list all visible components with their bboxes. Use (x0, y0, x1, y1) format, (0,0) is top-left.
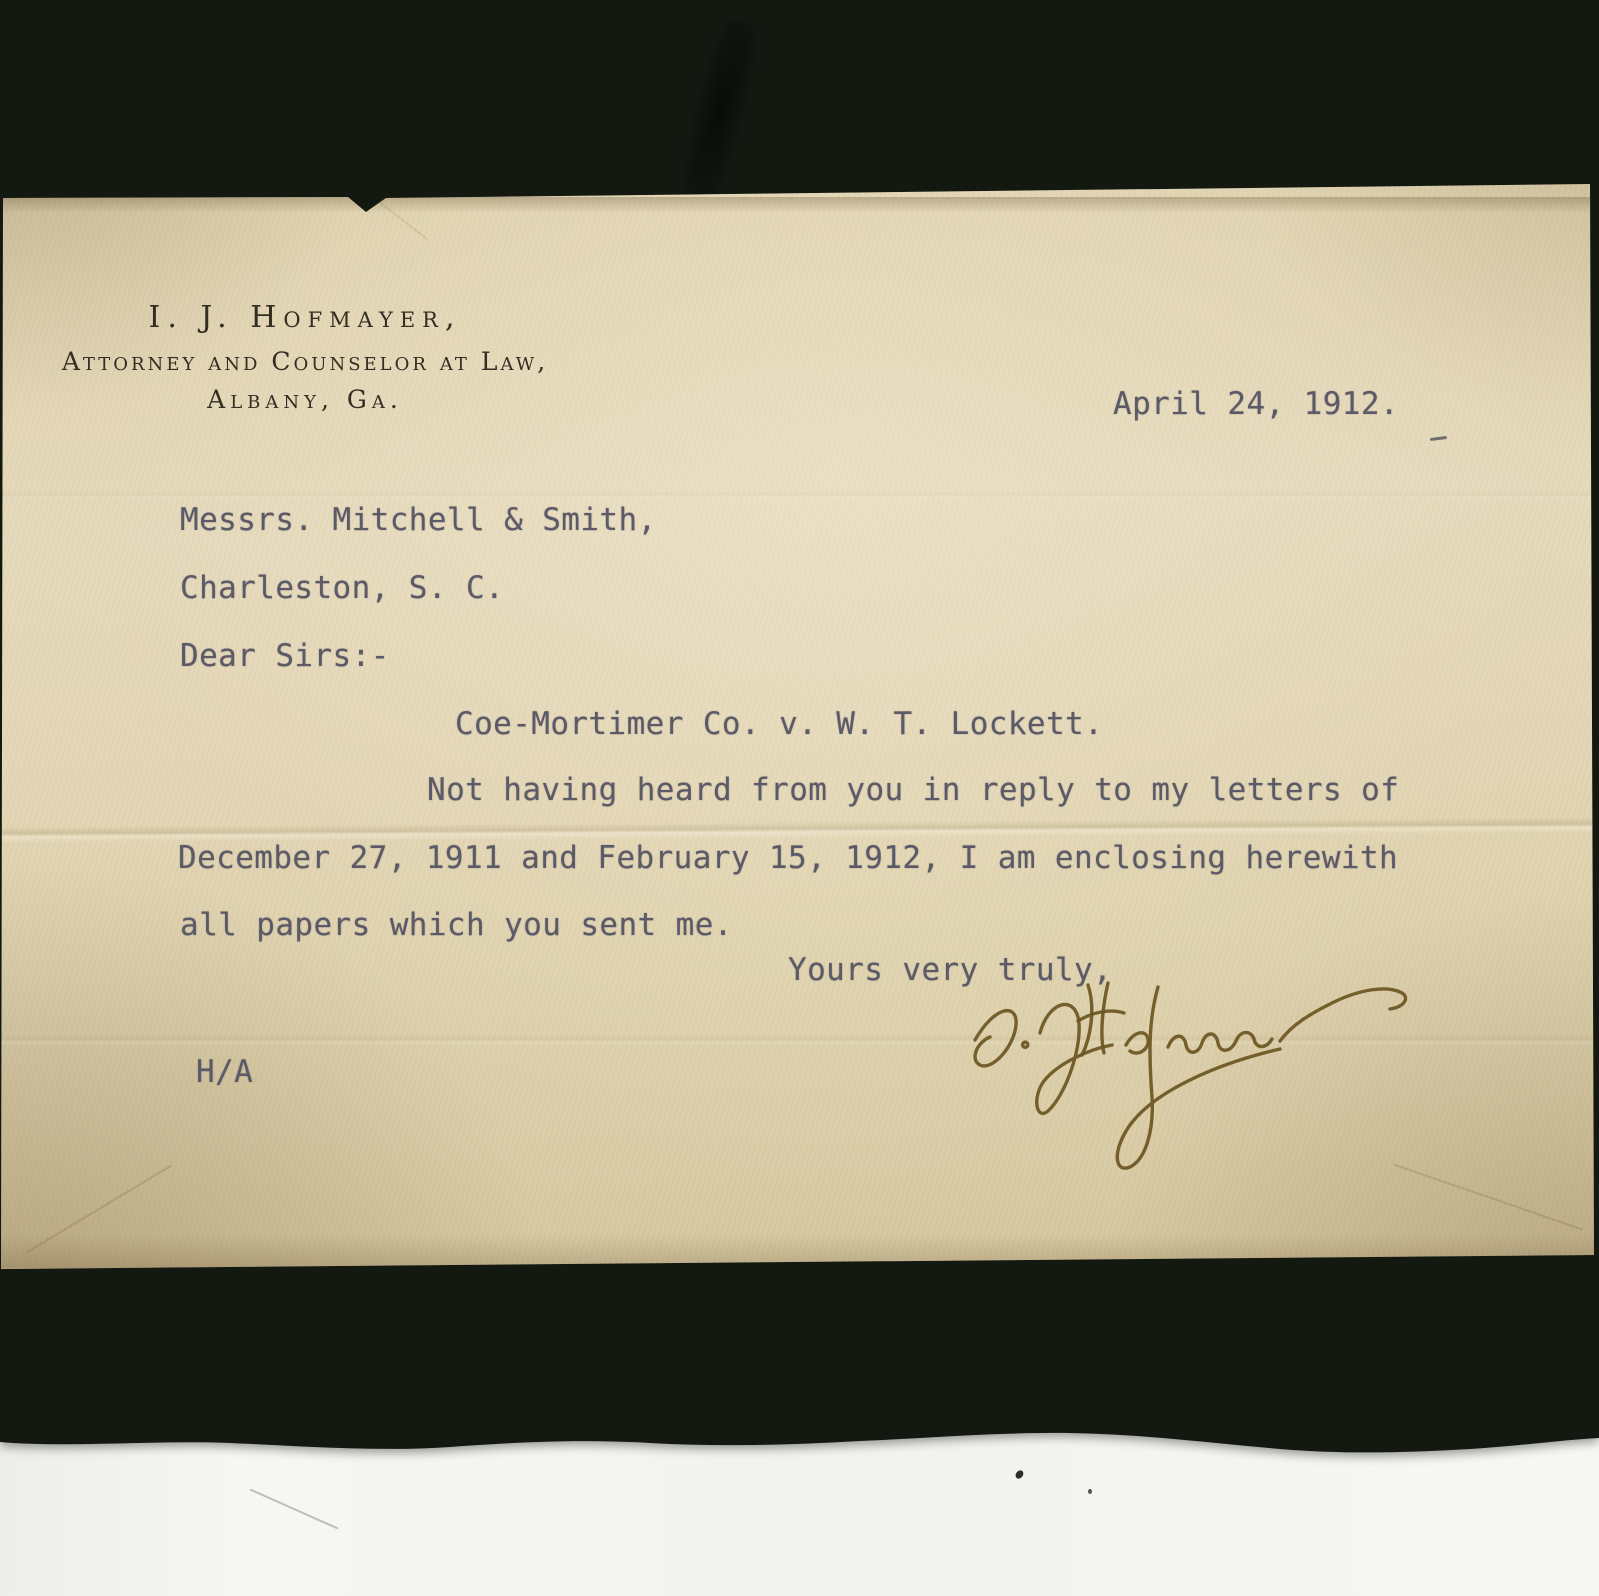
body-line: all papers which you sent me. (180, 907, 733, 943)
recipient-line: Messrs. Mitchell & Smith, (180, 502, 657, 538)
letterhead: I. J. Hofmayer, Attorney and Counselor a… (58, 300, 552, 414)
recipient-line: Charleston, S. C. (180, 570, 504, 606)
body-line: Not having heard from you in reply to my… (427, 772, 1399, 808)
stray-ink-dash (1430, 436, 1447, 441)
subject-line: Coe-Mortimer Co. v. W. T. Lockett. (455, 706, 1103, 742)
paper-top-edge-shadow (0, 197, 1599, 213)
letter-photo: I. J. Hofmayer, Attorney and Counselor a… (0, 0, 1599, 1596)
salutation: Dear Sirs:- (180, 638, 390, 674)
letter-date: April 24, 1912. (1113, 386, 1399, 422)
letterhead-name: I. J. Hofmayer, (58, 300, 552, 335)
dust-speck (1088, 1489, 1092, 1494)
letterhead-title: Attorney and Counselor at Law, (58, 347, 552, 376)
letterhead-location: Albany, Ga. (58, 385, 552, 414)
typist-initials: H/A (196, 1054, 253, 1090)
body-line: December 27, 1911 and February 15, 1912,… (178, 840, 1398, 876)
paper-crease (0, 490, 1599, 500)
signature-hofmayer (940, 945, 1440, 1185)
